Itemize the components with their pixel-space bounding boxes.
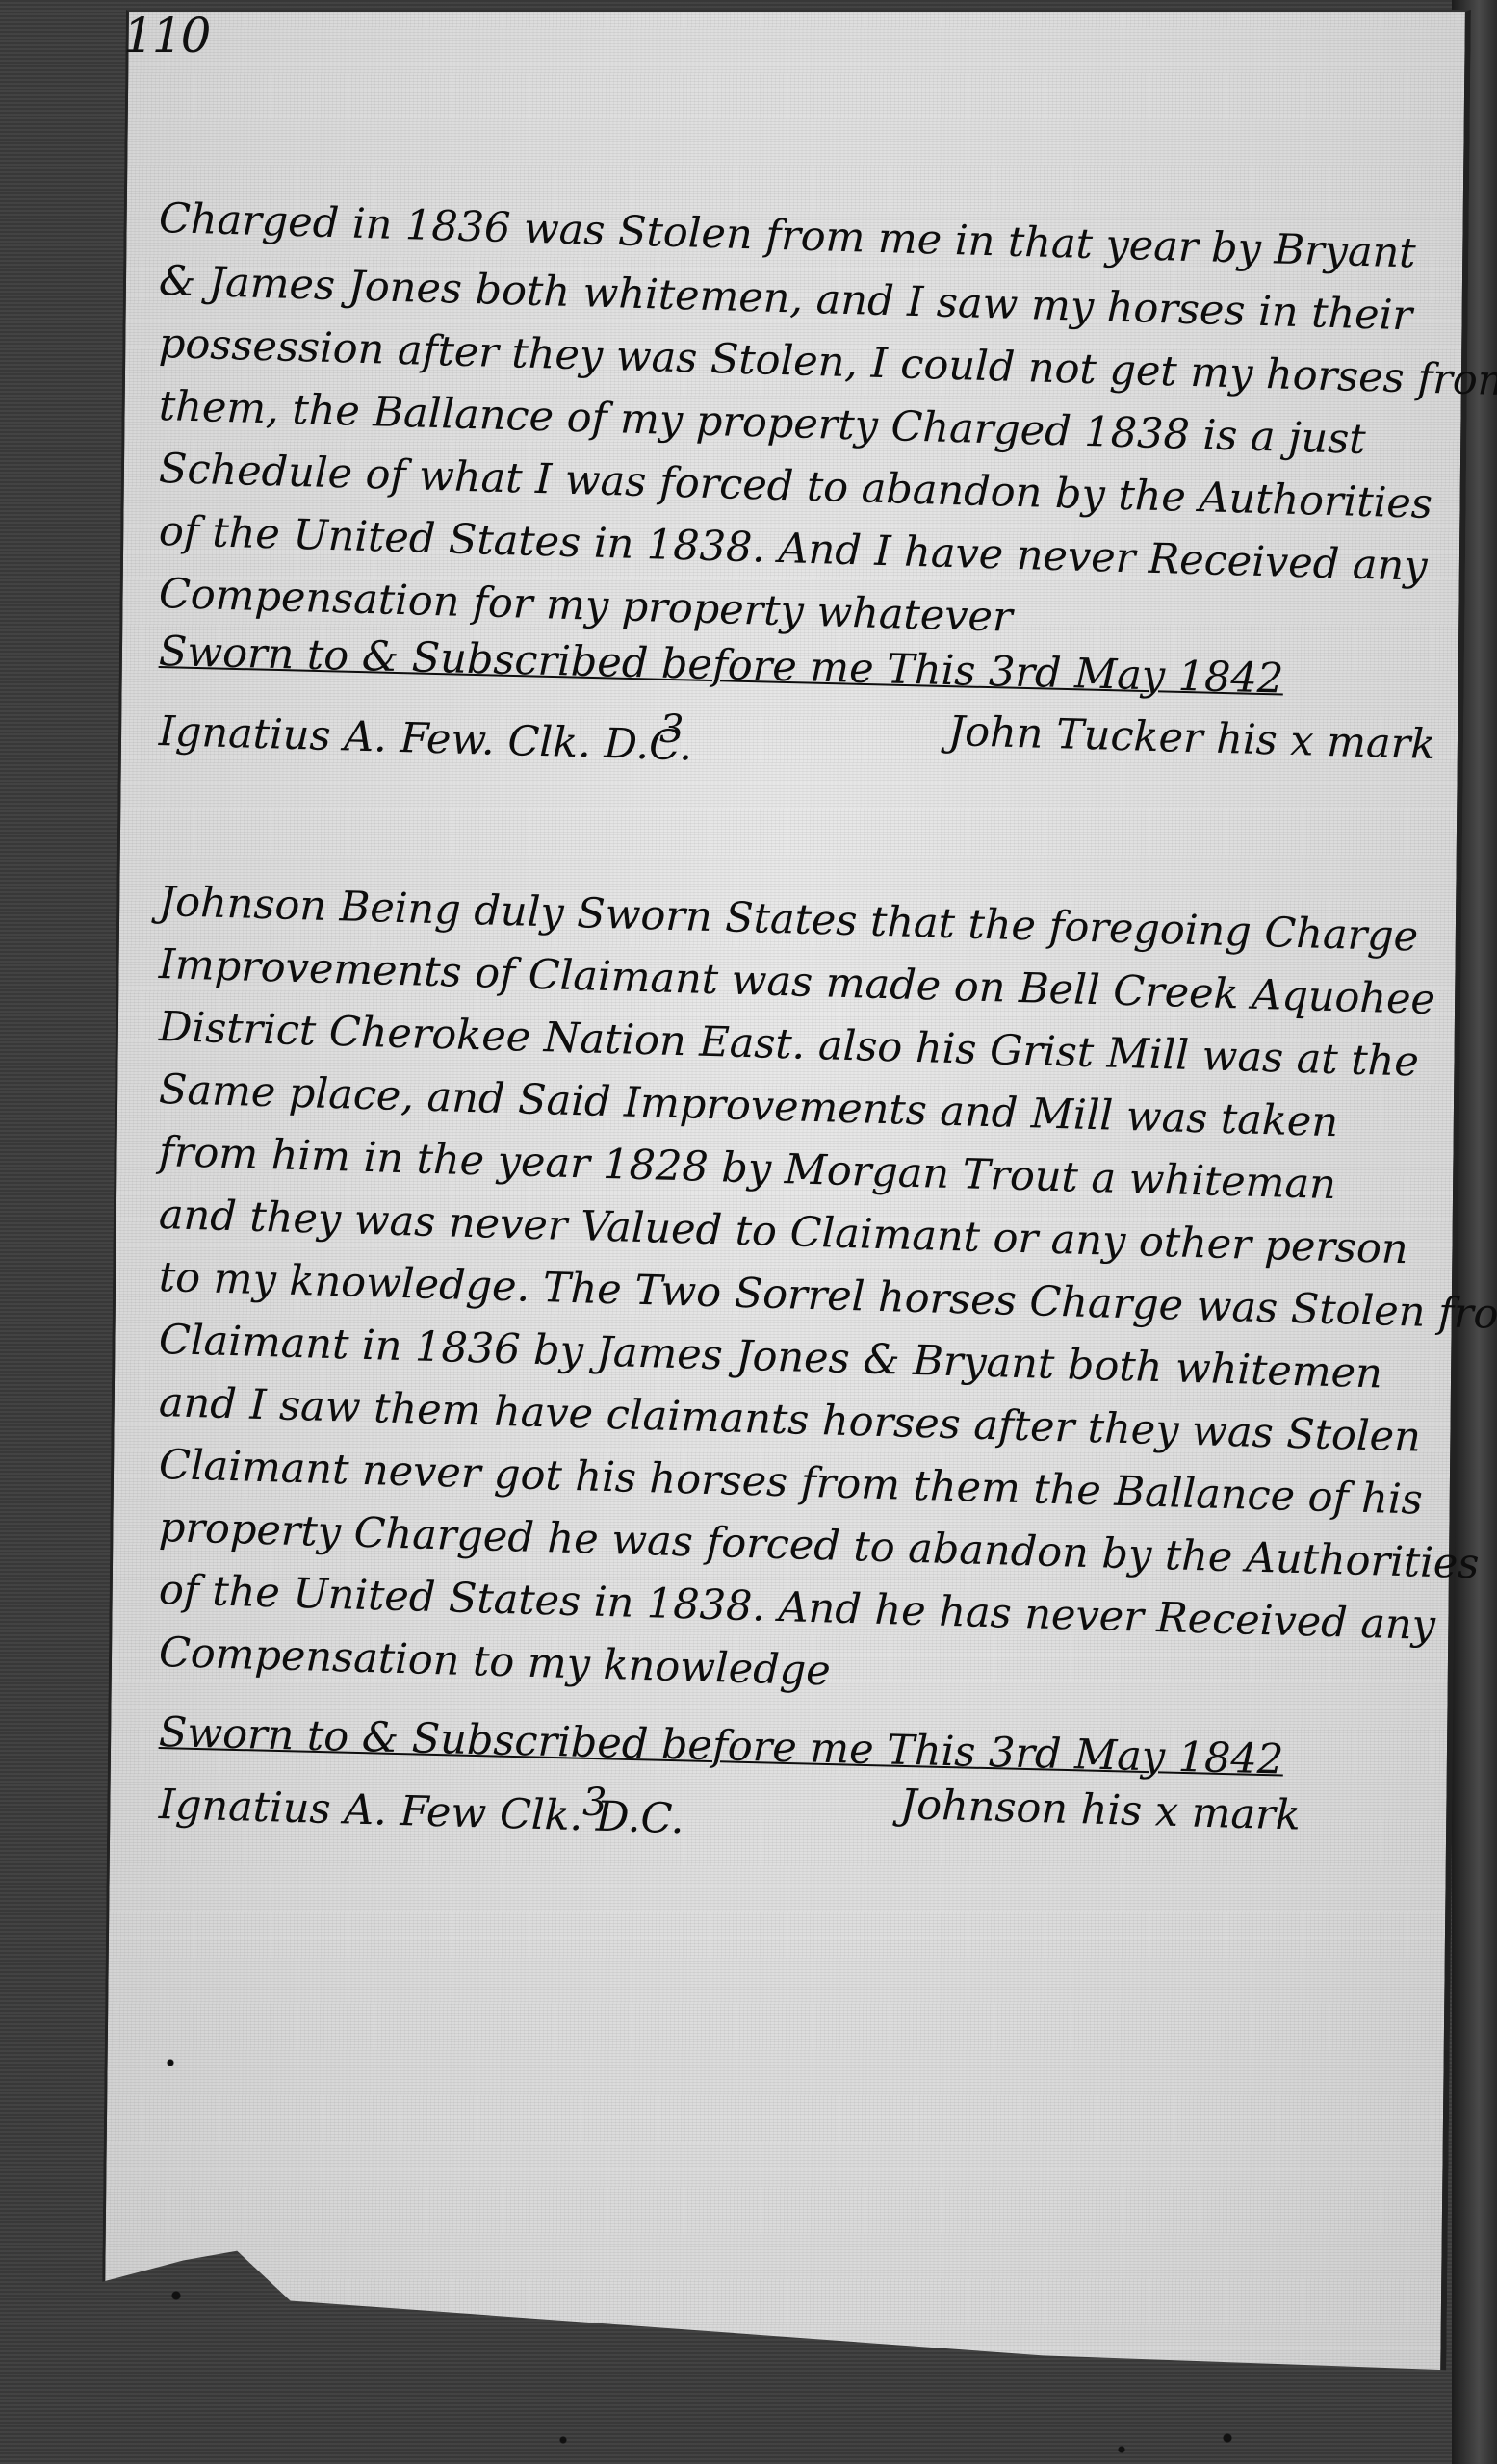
seal-mark: 3 bbox=[659, 707, 684, 752]
jurat-2: Sworn to & Subscribed before me This 3rd… bbox=[159, 1708, 1430, 1757]
witness-statement: Johnson Being duly Sworn States that the… bbox=[159, 871, 1430, 1684]
page-number: 110 bbox=[123, 8, 209, 64]
claimant-statement: Charged in 1836 was Stolen from me in th… bbox=[159, 188, 1430, 626]
seal-mark: 3 bbox=[582, 1781, 607, 1825]
jurat-1: Sworn to & Subscribed before me This 3rd… bbox=[159, 628, 1430, 676]
